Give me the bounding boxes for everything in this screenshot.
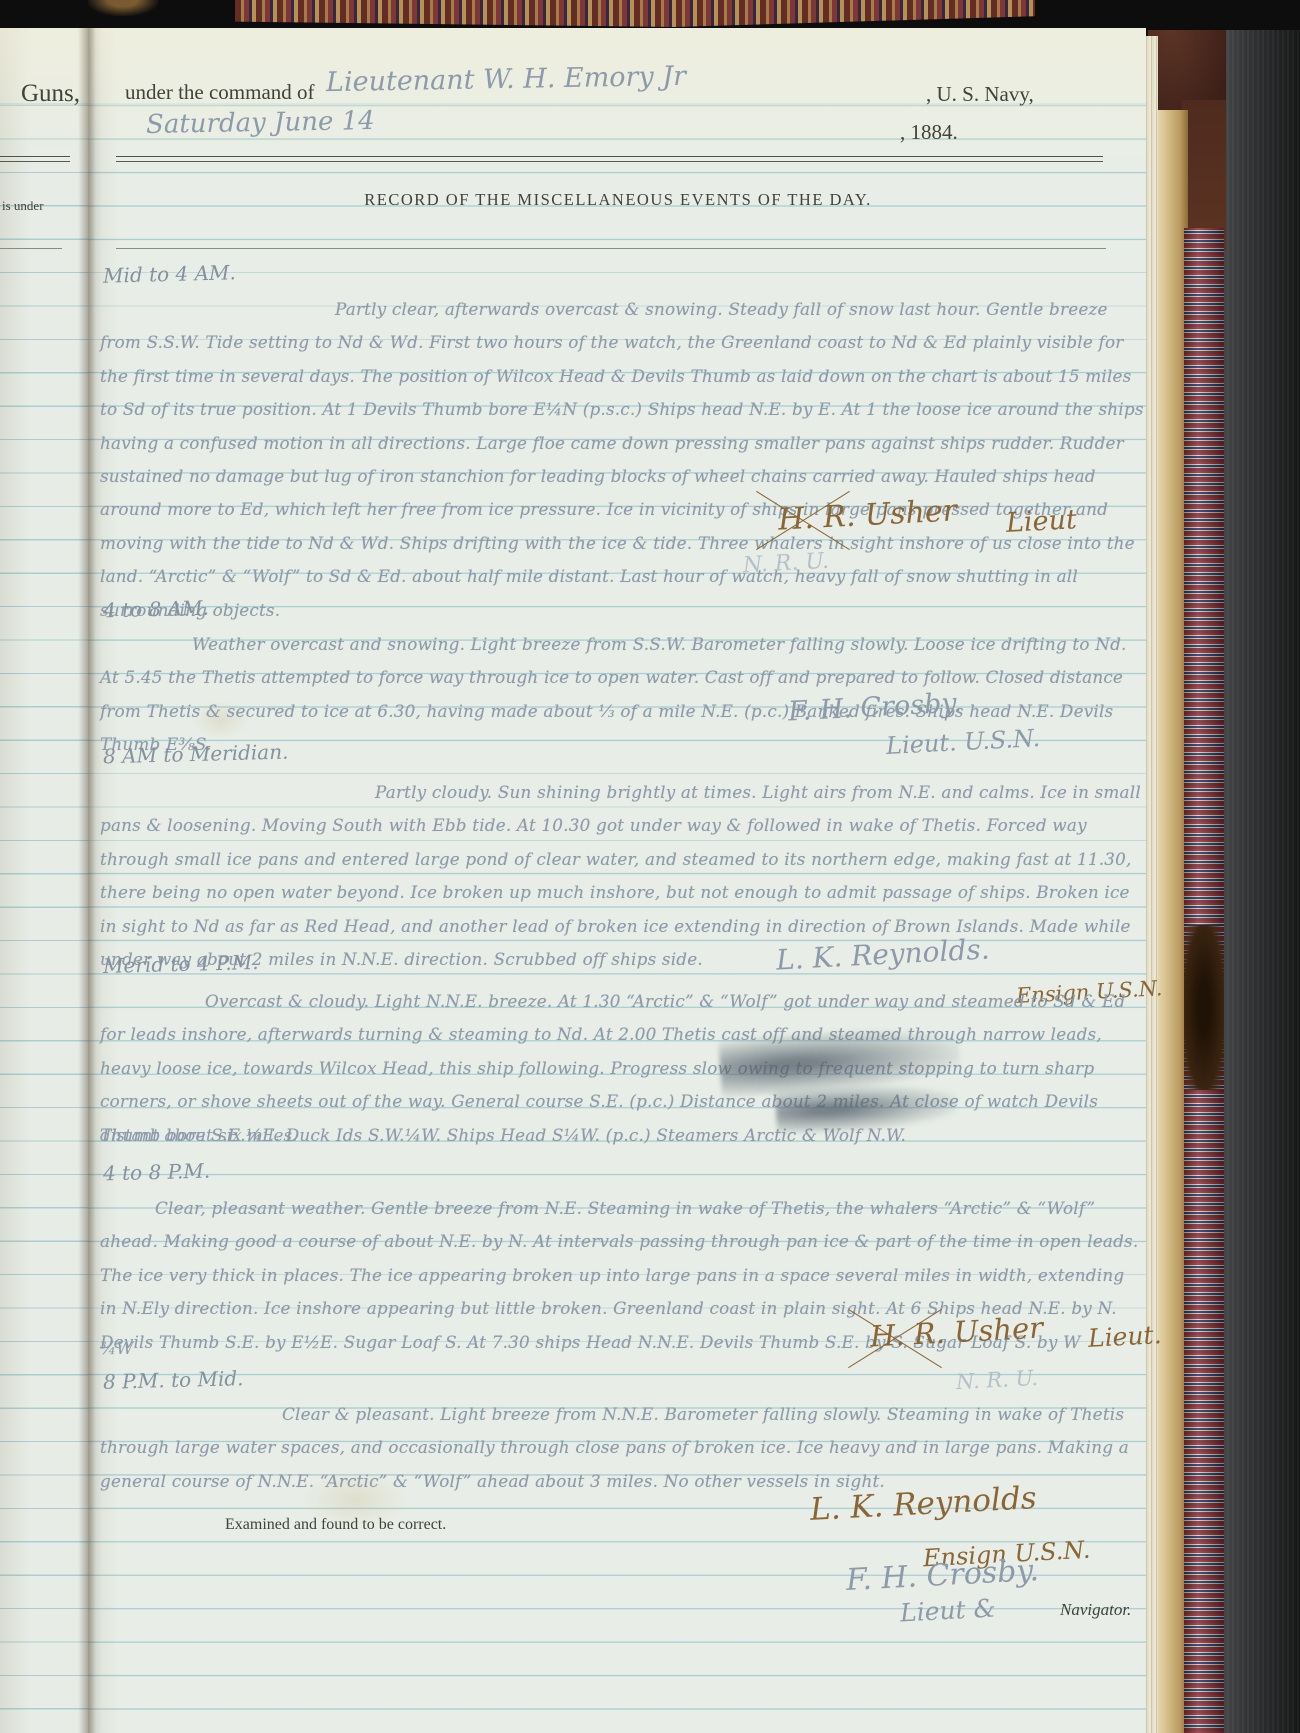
facing-page-thin-rule	[0, 248, 62, 249]
watch-heading: Merid to 4 P.M.	[103, 950, 259, 978]
watch-heading: 8 AM to Meridian.	[103, 740, 289, 769]
footer-signature-crosby: F. H. Crosby.	[845, 1553, 1039, 1598]
year-label: , 1884.	[900, 120, 958, 145]
marbled-edge-damage	[1184, 925, 1224, 1090]
watch-body-last-line: distant about six miles.	[100, 1125, 297, 1145]
signature-initials-pencil: N. R. U.	[955, 1366, 1038, 1394]
title-rule	[116, 248, 1106, 249]
watch-body-last-line: ¾W	[100, 1338, 134, 1358]
command-prefix-label: under the command of	[125, 80, 315, 105]
facing-page-fragment-guns: Guns,	[21, 80, 80, 108]
signature-initials-pencil: N. R. U.	[742, 549, 829, 578]
date-handwritten: Saturday June 14	[146, 106, 375, 140]
facing-page-double-rule	[0, 156, 70, 162]
navigator-label: Navigator.	[1060, 1600, 1131, 1620]
watch-heading: 8 P.M. to Mid.	[103, 1366, 244, 1394]
watch-heading: 4 to 8 AM.	[103, 596, 209, 623]
navy-suffix-label: , U. S. Navy,	[926, 82, 1034, 107]
page-title: RECORD OF THE MISCELLANEOUS EVENTS OF TH…	[238, 190, 998, 210]
signature-usher-rank: Lieut	[1005, 504, 1077, 539]
commander-name-handwritten: Lieutenant W. H. Emory Jr	[326, 61, 687, 98]
watch-heading: Mid to 4 AM.	[103, 260, 236, 287]
facing-page-fragment-note: is under	[2, 198, 44, 214]
examined-statement: Examined and found to be correct.	[225, 1516, 446, 1534]
watch-body: Partly clear, afterwards overcast & snow…	[100, 293, 1146, 627]
footer-signature-crosby-rank: Lieut &	[899, 1594, 996, 1628]
binding-cloth-background	[1222, 0, 1300, 1733]
smudged-signature	[775, 1081, 957, 1134]
watch-heading: 4 to 8 P.M.	[103, 1159, 211, 1186]
header-double-rule	[116, 156, 1103, 162]
signature-usher-rank: Lieut.	[1087, 1320, 1162, 1353]
